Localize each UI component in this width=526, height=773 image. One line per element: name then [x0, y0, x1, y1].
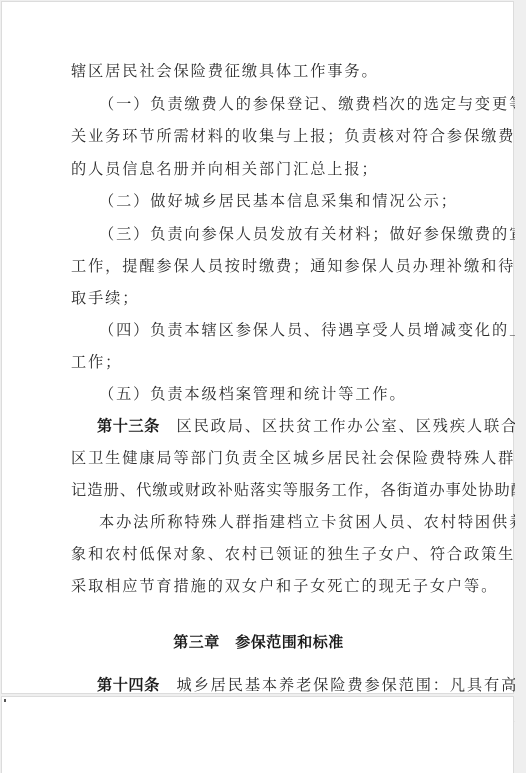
text-line: 象和农村低保对象、农村已领证的独生子女户、符合政策生育并: [71, 544, 452, 564]
text-line: 辖区居民社会保险费征缴具体工作事务。: [71, 61, 452, 81]
article-14-label: 第十四条: [97, 676, 160, 694]
text-cursor-marker: [4, 699, 6, 702]
text-line: 工作，提醒参保人员按时缴费；通知参保人员办理补缴和待遇领: [71, 256, 452, 276]
document-viewer[interactable]: 辖区居民社会保险费征缴具体工作事务。 （一）负责缴费人的参保登记、缴费档次的选定…: [0, 0, 526, 773]
article-13-first-line: 第十三条 区民政局、区扶贫工作办公室、区残疾人联合会、: [97, 416, 450, 436]
article-14-text: 城乡居民基本养老保险费参保范围：凡具有高陵: [176, 676, 526, 694]
text-line: 采取相应节育措施的双女户和子女死亡的现无子女户等。: [71, 576, 452, 596]
text-line: 的人员信息名册并向相关部门汇总上报；: [71, 159, 452, 179]
text-line: （四）负责本辖区参保人员、待遇享受人员增减变化的上报: [99, 320, 452, 340]
document-page-6: [1, 696, 514, 773]
article-14-first-line: 第十四条 城乡居民基本养老保险费参保范围：凡具有高陵: [97, 675, 450, 695]
chapter-heading: 第三章 参保范围和标准: [2, 631, 515, 652]
text-line: （一）负责缴费人的参保登记、缴费档次的选定与变更等相: [99, 94, 452, 114]
text-line: 本办法所称特殊人群指建档立卡贫困人员、农村特困供养对: [99, 512, 452, 532]
vertical-scrollbar[interactable]: [515, 0, 526, 773]
text-line: 取手续；: [71, 288, 452, 308]
text-line: 工作；: [71, 352, 452, 372]
document-page-5: 辖区居民社会保险费征缴具体工作事务。 （一）负责缴费人的参保登记、缴费档次的选定…: [1, 1, 514, 694]
text-line: （五）负责本级档案管理和统计等工作。: [99, 384, 452, 404]
text-line: 关业务环节所需材料的收集与上报；负责核对符合参保缴费条件: [71, 126, 452, 146]
text-line: （三）负责向参保人员发放有关材料；做好参保缴费的宣传: [99, 224, 452, 244]
article-13-label: 第十三条: [97, 417, 160, 435]
article-13-text: 区民政局、区扶贫工作办公室、区残疾人联合会、: [176, 417, 526, 435]
text-line: 区卫生健康局等部门负责全区城乡居民社会保险费特殊人群的登: [71, 448, 452, 468]
text-line: （二）做好城乡居民基本信息采集和情况公示；: [99, 191, 452, 211]
text-line: 记造册、代缴或财政补贴落实等服务工作，各街道办事处协助配合。: [71, 480, 452, 500]
